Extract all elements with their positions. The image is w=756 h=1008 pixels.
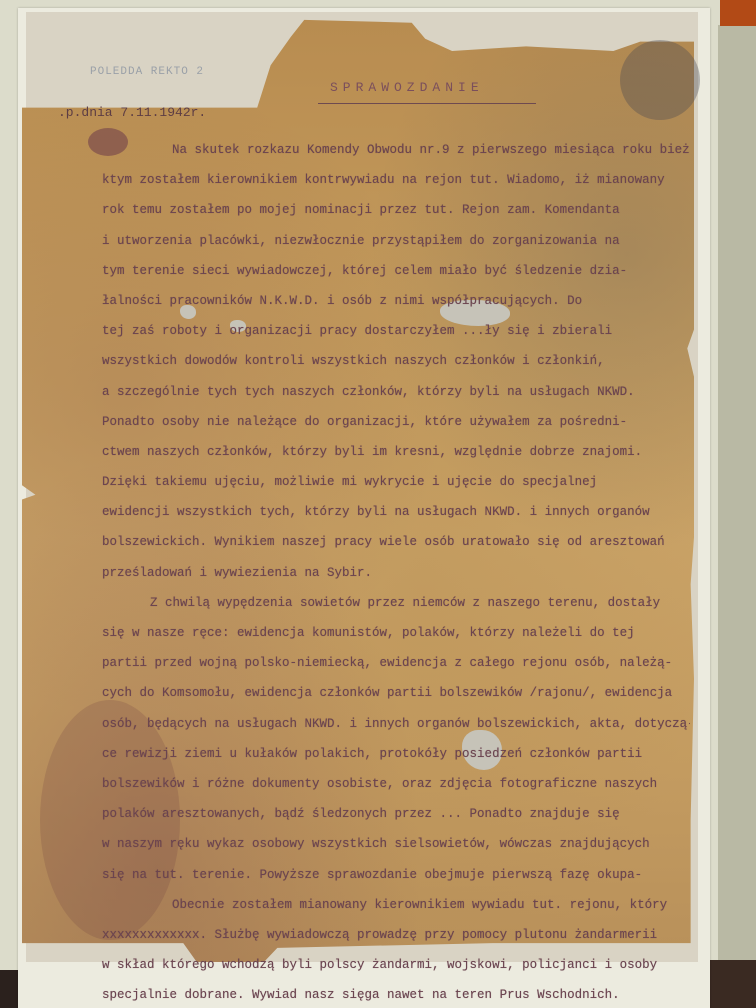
- text-line: xxxxxxxxxxxxx. Służbę wywiadowczą prowad…: [80, 920, 690, 950]
- document-title: SPRAWOZDANIE: [330, 80, 484, 95]
- background-corner-object: [720, 0, 756, 26]
- background-table-edge: [0, 970, 20, 1008]
- text-line: ktym zostałem kierownikiem kontrwywiadu …: [80, 165, 690, 195]
- text-line: ewidencji wszystkich tych, którzy byli n…: [80, 497, 690, 527]
- text-line: Na skutek rozkazu Komendy Obwodu nr.9 z …: [80, 135, 690, 165]
- text-line: w naszym ręku wykaz osobowy wszystkich s…: [80, 829, 690, 859]
- text-line: się na tut. terenie. Powyższe sprawozdan…: [80, 860, 690, 890]
- text-line: łalności pracowników N.K.W.D. i osób z n…: [80, 286, 690, 316]
- text-line: w skład którego wchodzą byli polscy żand…: [80, 950, 690, 980]
- title-underline: [318, 103, 536, 104]
- text-line: Z chwilą wypędzenia sowietów przez niemc…: [80, 588, 690, 618]
- text-line: tym terenie sieci wywiadowczej, której c…: [80, 256, 690, 286]
- document-date: .p.dnia 7.11.1942r.: [58, 105, 206, 120]
- text-line: cych do Komsomołu, ewidencja członków pa…: [80, 678, 690, 708]
- text-line: i utworzenia placówki, niezwłocznie przy…: [80, 226, 690, 256]
- text-line: Dzięki takiemu ujęciu, możliwie mi wykry…: [80, 467, 690, 497]
- text-line: się w nasze ręce: ewidencja komunistów, …: [80, 618, 690, 648]
- document-body: Na skutek rozkazu Komendy Obwodu nr.9 z …: [80, 135, 690, 1008]
- header-stamp: POLEDDA REKTO 2: [90, 66, 204, 78]
- text-line: prześladowań i wywiezienia na Sybir.: [80, 558, 690, 588]
- text-line: tej zaś roboty i organizacji pracy dosta…: [80, 316, 690, 346]
- text-line: partii przed wojną polsko-niemiecką, ewi…: [80, 648, 690, 678]
- text-line: ctwem naszych członków, którzy byli im k…: [80, 437, 690, 467]
- text-line: rok temu zostałem po mojej nominacji prz…: [80, 195, 690, 225]
- text-line: osób, będących na usługach NKWD. i innyc…: [80, 709, 690, 739]
- text-line: ce rewizji ziemi u kułaków polakich, pro…: [80, 739, 690, 769]
- text-line: wszystkich dowodów kontroli wszystkich n…: [80, 346, 690, 376]
- text-line: bolszewickich. Wynikiem naszej pracy wie…: [80, 527, 690, 557]
- text-line: bolszewików i różne dokumenty osobiste, …: [80, 769, 690, 799]
- text-line: polaków aresztowanych, bądź śledzonych p…: [80, 799, 690, 829]
- background-wall: [718, 25, 756, 1008]
- text-line: specjalnie dobrane. Wywiad nasz sięga na…: [80, 980, 690, 1008]
- text-line: Ponadto osoby nie należące do organizacj…: [80, 407, 690, 437]
- text-line: Obecnie zostałem mianowany kierownikiem …: [80, 890, 690, 920]
- text-line: a szczególnie tych tych naszych członków…: [80, 377, 690, 407]
- background-table-corner: [708, 960, 756, 1008]
